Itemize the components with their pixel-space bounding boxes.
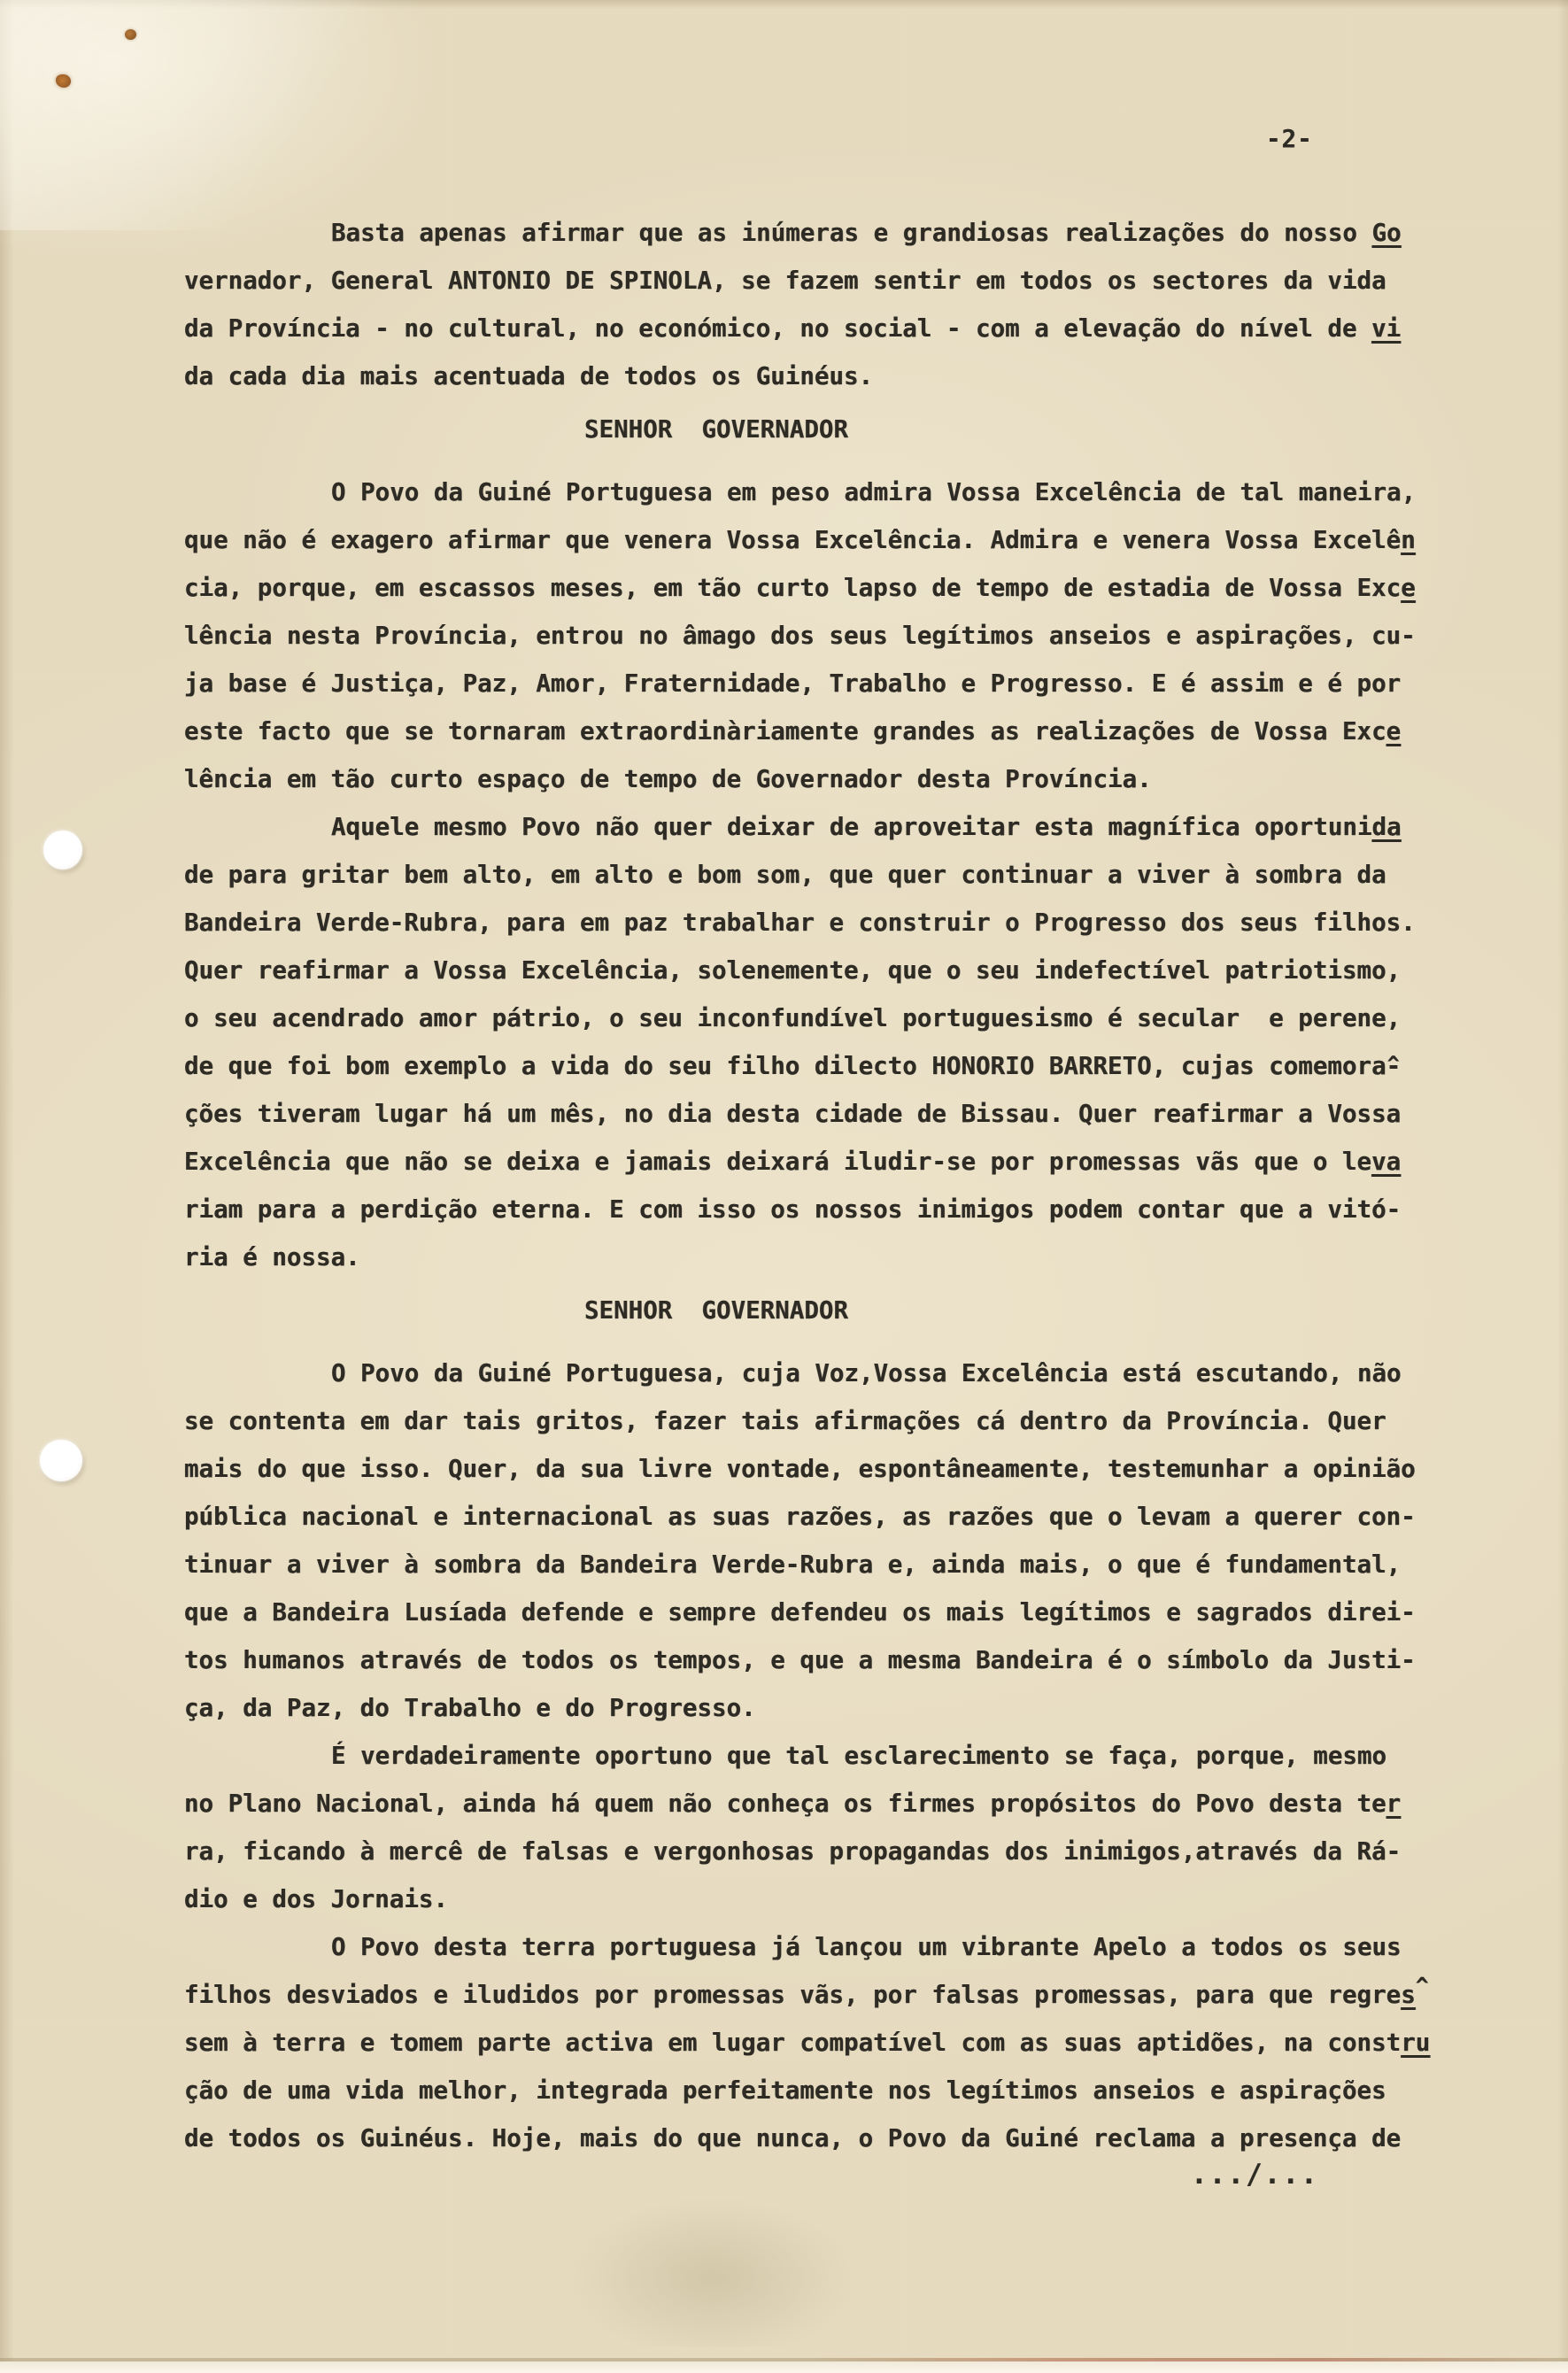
text-segment: Basta apenas afirmar que as inúmeras e g… [331, 219, 1372, 247]
text-line: de todos os Guinéus. Hoje, mais do que n… [184, 2114, 1477, 2162]
text-line: O Povo da Guiné Portuguesa em peso admir… [184, 468, 1477, 516]
text-line: Excelência que não se deixa e jamais dei… [184, 1138, 1477, 1186]
paper-smudge [567, 2196, 859, 2346]
text-line: É verdadeiramente oportuno que tal escla… [184, 1732, 1477, 1780]
text-segment: o seu acendrado amor pátrio, o seu incon… [184, 1004, 1401, 1032]
text-segment: ja base é Justiça, Paz, Amor, Fraternida… [184, 669, 1401, 698]
text-line: Bandeira Verde-Rubra, para em paz trabal… [184, 899, 1477, 947]
text-line: tinuar a viver à sombra da Bandeira Verd… [184, 1541, 1477, 1588]
text-segment: que a Bandeira Lusíada defende e sempre … [184, 1598, 1416, 1627]
text-segment: mais do que isso. Quer, da sua livre von… [184, 1455, 1416, 1483]
text-segment-hat: - [1386, 1052, 1402, 1080]
text-segment: vernador, General ANTONIO DE SPINOLA, se… [184, 267, 1386, 295]
text-line: O Povo desta terra portuguesa já lançou … [184, 1923, 1477, 1971]
text-segment: Excelência que não se deixa e jamais dei… [184, 1148, 1371, 1176]
text-segment-u: Go [1372, 219, 1402, 247]
text-segment-u: va [1371, 1148, 1401, 1176]
paper-corner-sheen [0, 0, 496, 230]
text-segment: de todos os Guinéus. Hoje, mais do que n… [184, 2124, 1401, 2153]
text-line: Aquele mesmo Povo não quer deixar de apr… [184, 803, 1477, 851]
text-segment: ção de uma vida melhor, integrada perfei… [184, 2076, 1386, 2105]
text-segment: no Plano Nacional, ainda há quem não con… [184, 1789, 1386, 1818]
text-segment: ria é nossa. [184, 1243, 360, 1272]
text-segment: Quer reafirmar a Vossa Excelência, solen… [184, 956, 1401, 985]
text-segment-u: s [1401, 1981, 1416, 2009]
text-line: sem à terra e tomem parte activa em luga… [184, 2019, 1477, 2067]
text-segment: tos humanos através de todos os tempos, … [184, 1646, 1416, 1674]
text-segment: É verdadeiramente oportuno que tal escla… [331, 1742, 1386, 1770]
text-line: da cada dia mais acentuada de todos os G… [184, 352, 1477, 400]
text-segment: tinuar a viver à sombra da Bandeira Verd… [184, 1550, 1401, 1579]
text-segment: filhos desviados e iludidos por promessa… [184, 1981, 1401, 2009]
section-heading: SENHOR GOVERNADOR [184, 406, 1477, 453]
text-segment-u: da [1372, 813, 1402, 841]
text-line: ria é nossa. [184, 1233, 1477, 1281]
text-line: de para gritar bem alto, em alto e bom s… [184, 851, 1477, 899]
document-page: -2- Basta apenas afirmar que as inúmeras… [0, 0, 1568, 2373]
text-segment: cia, porque, em escassos meses, em tão c… [184, 574, 1401, 602]
text-segment: sem à terra e tomem parte activa em luga… [184, 2029, 1401, 2057]
text-segment-u: r [1386, 1789, 1402, 1818]
text-segment: da cada dia mais acentuada de todos os G… [184, 362, 873, 390]
text-segment-u: ru [1401, 2029, 1430, 2057]
text-segment: que não é exagero afirmar que venera Vos… [184, 526, 1401, 554]
text-segment: SENHOR GOVERNADOR [584, 1296, 848, 1325]
text-segment: Bandeira Verde-Rubra, para em paz trabal… [184, 908, 1416, 937]
text-segment-u: n [1401, 526, 1416, 554]
text-segment: ra, ficando à mercê de falsas e vergonho… [184, 1837, 1401, 1866]
text-segment: O Povo da Guiné Portuguesa, cuja Voz,Vos… [331, 1359, 1402, 1387]
text-segment: de que foi bom exemplo a vida do seu fil… [184, 1052, 1386, 1080]
punch-hole [43, 831, 82, 870]
text-segment: O Povo da Guiné Portuguesa em peso admir… [331, 478, 1416, 506]
text-segment: riam para a perdição eterna. E com isso … [184, 1195, 1401, 1224]
text-line: que a Bandeira Lusíada defende e sempre … [184, 1588, 1477, 1636]
text-segment: pública nacional e internacional as suas… [184, 1503, 1416, 1531]
text-line: no Plano Nacional, ainda há quem não con… [184, 1780, 1477, 1828]
text-line: lência nesta Província, entrou no âmago … [184, 612, 1477, 660]
text-segment-u: e [1401, 574, 1416, 602]
section-heading: SENHOR GOVERNADOR [184, 1287, 1477, 1334]
text-line: ra, ficando à mercê de falsas e vergonho… [184, 1828, 1477, 1875]
typewritten-text-block: Basta apenas afirmar que as inúmeras e g… [184, 209, 1477, 2162]
text-segment: se contenta em dar tais gritos, fazer ta… [184, 1407, 1386, 1435]
text-segment: ções tiveram lugar há um mês, no dia des… [184, 1100, 1401, 1128]
continuation-mark: .../... [1191, 2159, 1319, 2191]
text-segment-u: vi [1371, 314, 1401, 343]
text-line: se contenta em dar tais gritos, fazer ta… [184, 1397, 1477, 1445]
text-segment: da Província - no cultural, no económico… [184, 314, 1371, 343]
paper-bottom-strip [0, 2361, 1568, 2373]
text-line: filhos desviados e iludidos por promessa… [184, 1971, 1477, 2019]
rust-spot [125, 29, 136, 40]
text-segment: O Povo desta terra portuguesa já lançou … [331, 1933, 1402, 1961]
text-line: Basta apenas afirmar que as inúmeras e g… [184, 209, 1477, 257]
text-line: vernador, General ANTONIO DE SPINOLA, se… [184, 257, 1477, 305]
text-segment: lência em tão curto espaço de tempo de G… [184, 765, 1152, 793]
text-segment: lência nesta Província, entrou no âmago … [184, 622, 1416, 650]
rust-spot [56, 74, 71, 88]
text-line: cia, porque, em escassos meses, em tão c… [184, 564, 1477, 612]
text-line: este facto que se tornaram extraordinàri… [184, 707, 1477, 755]
text-line: ça, da Paz, do Trabalho e do Progresso. [184, 1684, 1477, 1732]
text-segment: Aquele mesmo Povo não quer deixar de apr… [331, 813, 1372, 841]
text-line: o seu acendrado amor pátrio, o seu incon… [184, 994, 1477, 1042]
text-line: ja base é Justiça, Paz, Amor, Fraternida… [184, 660, 1477, 707]
text-segment: de para gritar bem alto, em alto e bom s… [184, 861, 1386, 889]
punch-hole [40, 1440, 82, 1481]
text-segment-sup: ^ [1416, 1973, 1429, 1998]
text-line: mais do que isso. Quer, da sua livre von… [184, 1445, 1477, 1493]
text-line: pública nacional e internacional as suas… [184, 1493, 1477, 1541]
text-line: O Povo da Guiné Portuguesa, cuja Voz,Vos… [184, 1349, 1477, 1397]
text-line: riam para a perdição eterna. E com isso … [184, 1186, 1477, 1233]
text-line: da Província - no cultural, no económico… [184, 305, 1477, 352]
text-line: Quer reafirmar a Vossa Excelência, solen… [184, 947, 1477, 994]
text-line: tos humanos através de todos os tempos, … [184, 1636, 1477, 1684]
text-line: ção de uma vida melhor, integrada perfei… [184, 2067, 1477, 2114]
text-line: dio e dos Jornais. [184, 1875, 1477, 1923]
text-segment: SENHOR GOVERNADOR [584, 415, 848, 444]
text-line: lência em tão curto espaço de tempo de G… [184, 755, 1477, 803]
text-segment: dio e dos Jornais. [184, 1885, 448, 1913]
text-segment: ça, da Paz, do Trabalho e do Progresso. [184, 1694, 756, 1722]
page-number: -2- [1266, 125, 1313, 153]
text-line: que não é exagero afirmar que venera Vos… [184, 516, 1477, 564]
text-line: ções tiveram lugar há um mês, no dia des… [184, 1090, 1477, 1138]
text-segment: este facto que se tornaram extraordinàri… [184, 717, 1386, 746]
text-line: de que foi bom exemplo a vida do seu fil… [184, 1042, 1477, 1090]
text-segment-u: e [1386, 717, 1402, 746]
